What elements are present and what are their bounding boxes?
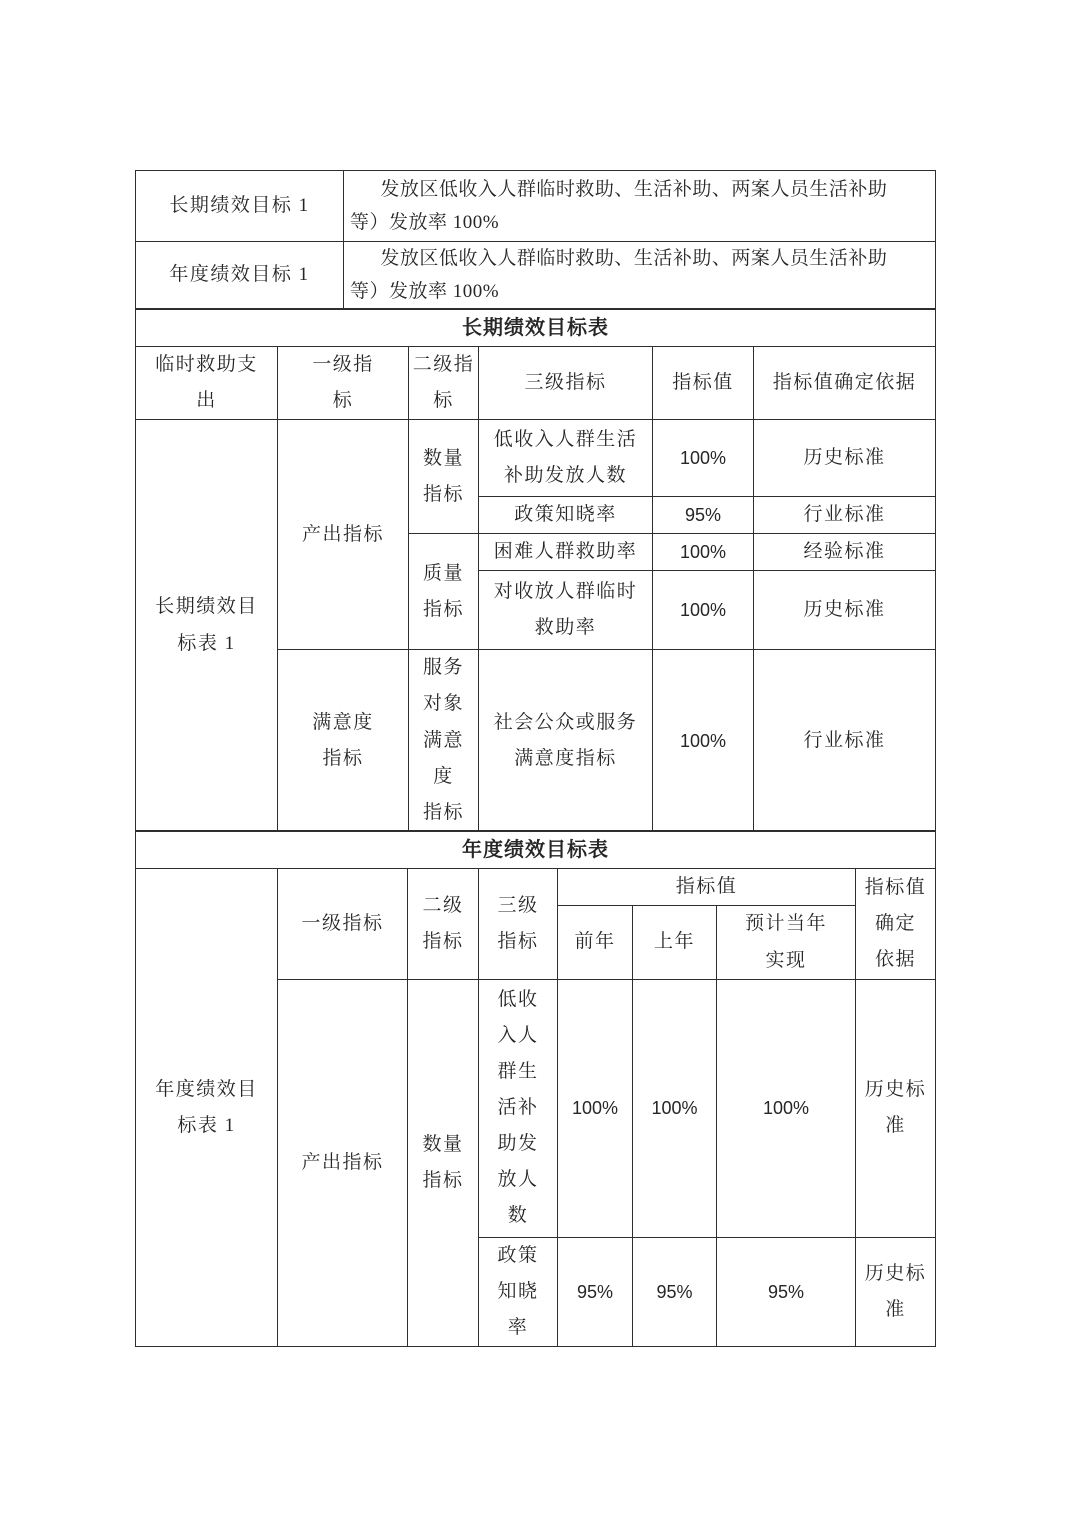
annual-goal-content: 发放区低收入人群临时救助、生活补助、两案人员生活补助 等）发放率 100% — [344, 242, 936, 310]
indicator-cell: 低收入人群生活 补助发放人数 — [479, 420, 653, 497]
annual-performance-table: 年度绩效目标表 年度绩效目 标表 1 一级指标 二级 指标 三级 指标 指标值 … — [135, 830, 936, 1347]
basis-cell: 历史标 准 — [856, 1237, 936, 1346]
level1-output: 产出指标 — [278, 979, 408, 1346]
table-header-row: 临时救助支 出 一级指 标 二级指 标 三级指标 指标值 指标值确定依据 — [136, 347, 936, 420]
long-term-goal-content: 发放区低收入人群临时救助、生活补助、两案人员生活补助 等）发放率 100% — [344, 171, 936, 242]
indicator-cell: 困难人群救助率 — [479, 534, 653, 571]
value-year-before-last: 100% — [558, 979, 633, 1237]
level2-quantity: 数量 指标 — [409, 420, 479, 534]
header-value: 指标值 — [653, 347, 754, 420]
value-expected-current: 100% — [717, 979, 856, 1237]
basis-cell: 历史标准 — [754, 571, 936, 650]
document-page: 长期绩效目标 1 发放区低收入人群临时救助、生活补助、两案人员生活补助 等）发放… — [135, 170, 935, 1347]
basis-cell: 历史标准 — [754, 420, 936, 497]
long-term-goal-label: 长期绩效目标 1 — [136, 171, 344, 242]
table-row: 长期绩效目标 1 发放区低收入人群临时救助、生活补助、两案人员生活补助 等）发放… — [136, 171, 936, 242]
long-term-performance-table: 长期绩效目标表 临时救助支 出 一级指 标 二级指 标 三级指标 指标值 指标值… — [135, 308, 936, 832]
annual-goal-label: 年度绩效目标 1 — [136, 242, 344, 310]
value-cell: 100% — [653, 650, 754, 831]
header-expected-current: 预计当年 实现 — [717, 906, 856, 979]
value-cell: 100% — [653, 571, 754, 650]
level1-output: 产出指标 — [278, 420, 409, 650]
indicator-cell: 政策知晓率 — [479, 497, 653, 534]
indicator-cell: 对收放人群临时 救助率 — [479, 571, 653, 650]
level1-satisfaction: 满意度 指标 — [278, 650, 409, 831]
value-expected-current: 95% — [717, 1237, 856, 1346]
header-last-year: 上年 — [633, 906, 717, 979]
header-basis: 指标值确定依据 — [754, 347, 936, 420]
indicator-cell: 政策 知晓 率 — [479, 1237, 558, 1346]
basis-cell: 历史标 准 — [856, 979, 936, 1237]
value-cell: 95% — [653, 497, 754, 534]
long-term-table-title: 长期绩效目标表 — [136, 309, 936, 347]
value-cell: 100% — [653, 420, 754, 497]
table-title-row: 年度绩效目标表 — [136, 831, 936, 869]
value-year-before-last: 95% — [558, 1237, 633, 1346]
indicator-cell: 社会公众或服务 满意度指标 — [479, 650, 653, 831]
goal-summary-table: 长期绩效目标 1 发放区低收入人群临时救助、生活补助、两案人员生活补助 等）发放… — [135, 170, 936, 310]
annual-table-title: 年度绩效目标表 — [136, 831, 936, 869]
header-level2: 二级指 标 — [409, 347, 479, 420]
header-basis: 指标值 确定 依据 — [856, 869, 936, 979]
value-last-year: 95% — [633, 1237, 717, 1346]
basis-cell: 行业标准 — [754, 650, 936, 831]
header-level3: 三级指标 — [479, 347, 653, 420]
value-last-year: 100% — [633, 979, 717, 1237]
table-row: 长期绩效目 标表 1 产出指标 数量 指标 低收入人群生活 补助发放人数 100… — [136, 420, 936, 497]
header-level2: 二级 指标 — [408, 869, 479, 979]
header-year-before-last: 前年 — [558, 906, 633, 979]
header-value-group: 指标值 — [558, 869, 856, 906]
header-level3: 三级 指标 — [479, 869, 558, 979]
basis-cell: 行业标准 — [754, 497, 936, 534]
indicator-cell: 低收 入人 群生 活补 助发 放人 数 — [479, 979, 558, 1237]
table-title-row: 长期绩效目标表 — [136, 309, 936, 347]
header-level1: 一级指标 — [278, 869, 408, 979]
level2-quantity: 数量 指标 — [408, 979, 479, 1346]
basis-cell: 经验标准 — [754, 534, 936, 571]
long-term-row-header: 长期绩效目 标表 1 — [136, 420, 278, 832]
header-level1: 一级指 标 — [278, 347, 409, 420]
table-header-row: 年度绩效目 标表 1 一级指标 二级 指标 三级 指标 指标值 指标值 确定 依… — [136, 869, 936, 906]
annual-row-header: 年度绩效目 标表 1 — [136, 869, 278, 1347]
value-cell: 100% — [653, 534, 754, 571]
table-row: 年度绩效目标 1 发放区低收入人群临时救助、生活补助、两案人员生活补助 等）发放… — [136, 242, 936, 310]
level2-service: 服务 对象 满意 度 指标 — [409, 650, 479, 831]
header-project: 临时救助支 出 — [136, 347, 278, 420]
level2-quality: 质量 指标 — [409, 534, 479, 650]
